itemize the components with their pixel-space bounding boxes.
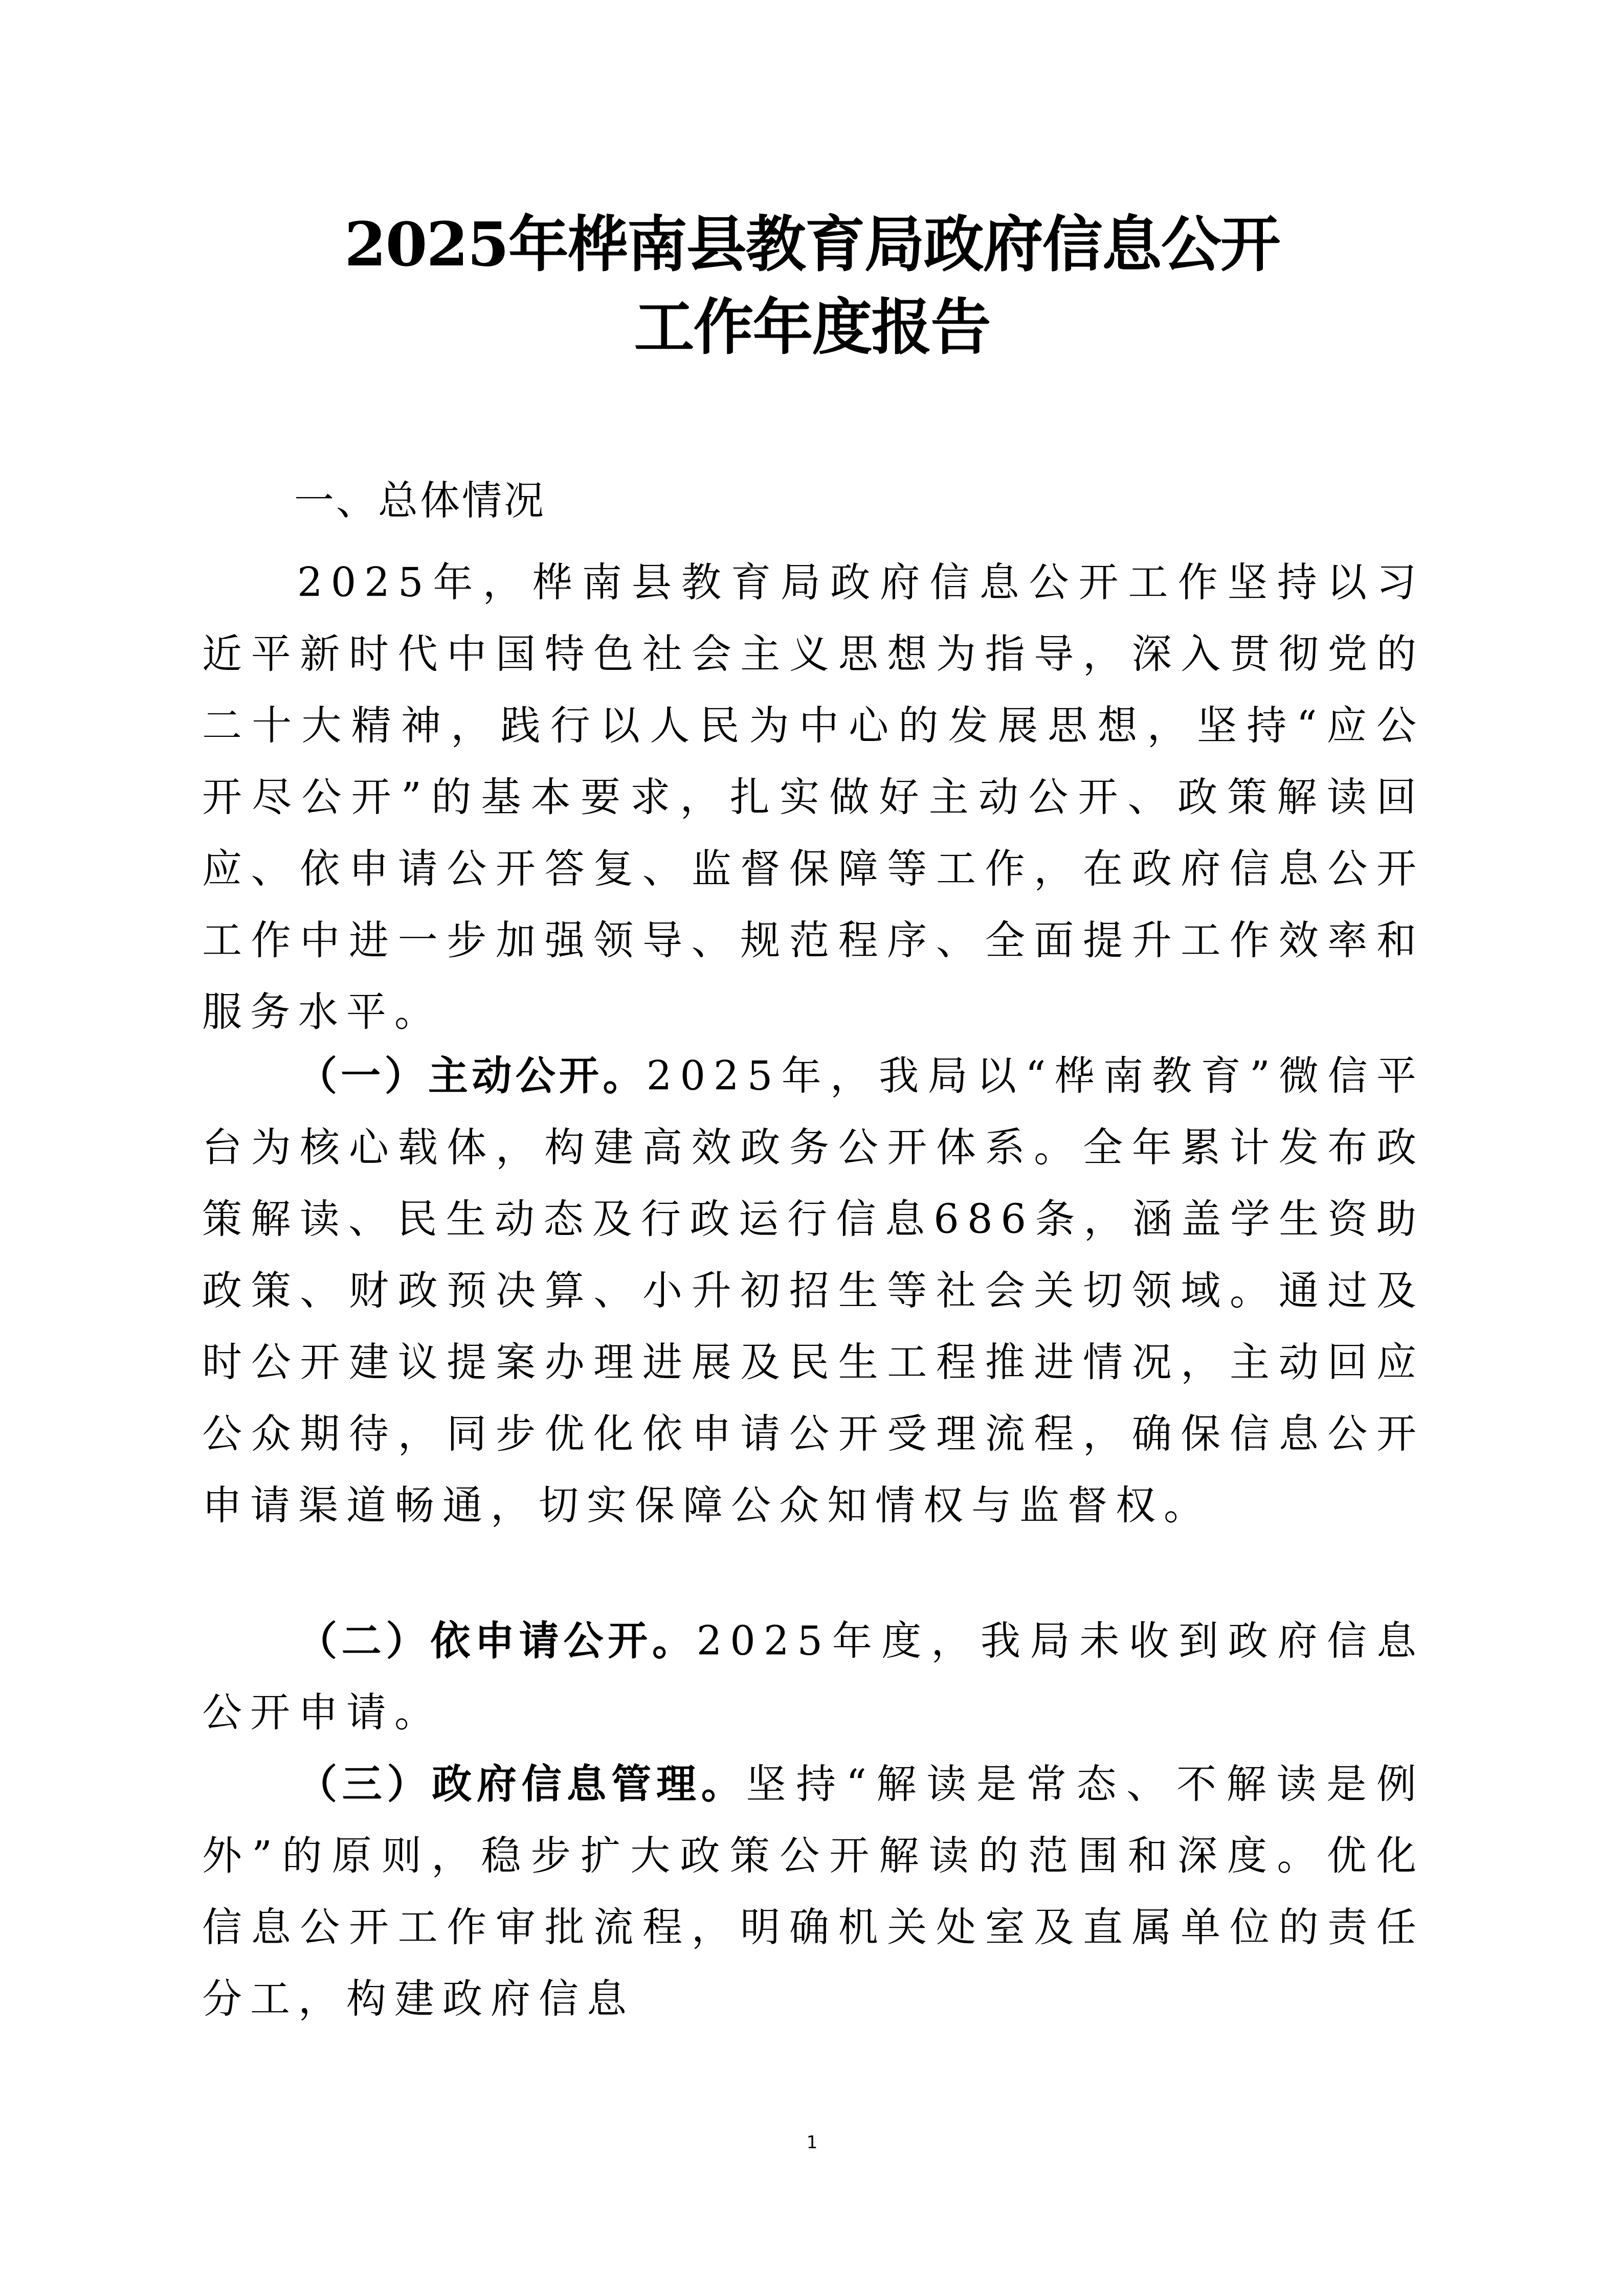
document-page: 2025年桦南县教育局政府信息公开 工作年度报告 一、总体情况 2025年，桦南… (0, 0, 1624, 2296)
paragraph-proactive-disclosure: （一）主动公开。2025年，我局以“桦南教育”微信平台为核心载体，构建高效政务公… (202, 1041, 1425, 1542)
paragraph-text: 2025年，桦南县教育局政府信息公开工作坚持以习近平新时代中国特色社会主义思想为… (202, 547, 1425, 1048)
paragraph-overview: 2025年，桦南县教育局政府信息公开工作坚持以习近平新时代中国特色社会主义思想为… (202, 547, 1425, 1048)
subsection-lead: （三）政府信息管理。 (297, 1762, 746, 1808)
section-heading-overview: 一、总体情况 (294, 465, 546, 537)
subsection-lead: （一）主动公开。 (297, 1053, 647, 1099)
subsection-text: 2025年，我局以“桦南教育”微信平台为核心载体，构建高效政务公开体系。全年累计… (202, 1053, 1425, 1529)
paragraph-request-disclosure: （二）依申请公开。2025年度，我局未收到政府信息公开申请。 (202, 1606, 1425, 1749)
page-number: 1 (0, 2130, 1624, 2155)
subsection-lead: （二）依申请公开。 (297, 1618, 697, 1664)
document-title-line-1: 2025年桦南县教育局政府信息公开 (0, 204, 1624, 285)
paragraph-info-management: （三）政府信息管理。坚持“解读是常态、不解读是例外”的原则，稳步扩大政策公开解读… (202, 1749, 1425, 2035)
document-title-line-2: 工作年度报告 (0, 286, 1624, 368)
